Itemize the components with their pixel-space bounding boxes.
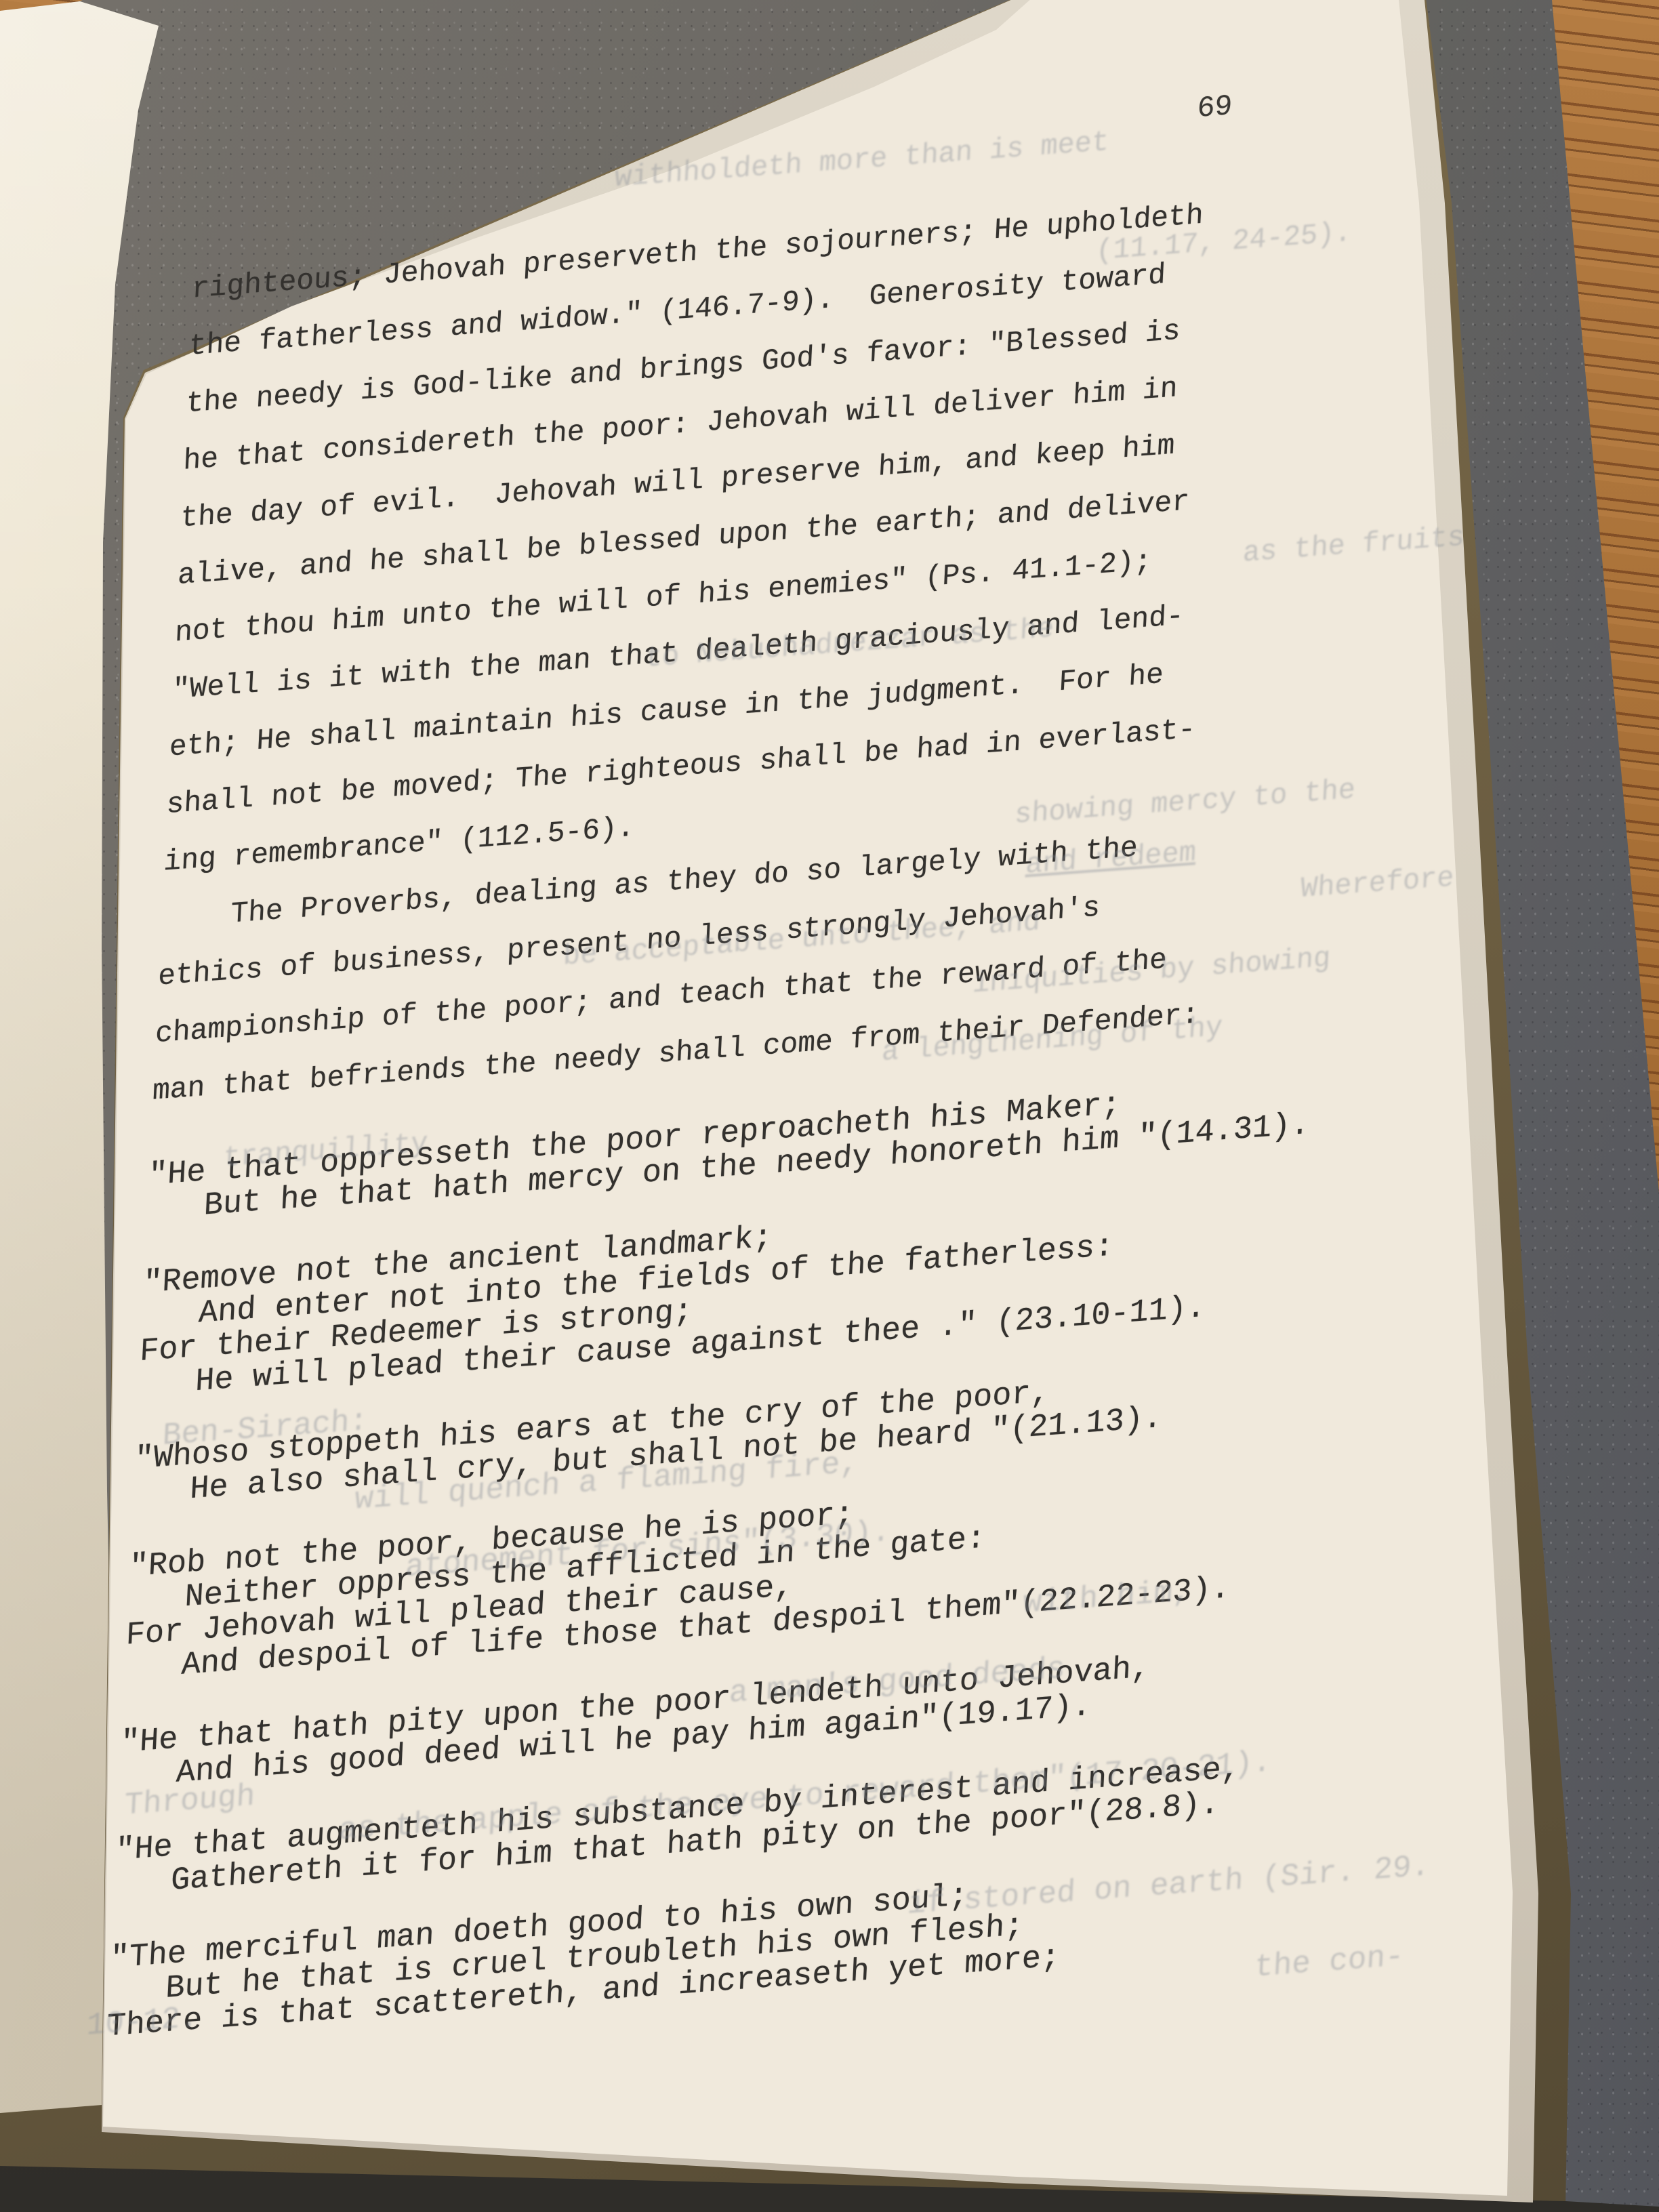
photo-of-typescript-page: 69 withholdeth more than is meet(11.17, … — [0, 0, 1659, 2212]
typed-text-layer: 69 withholdeth more than is meet(11.17, … — [106, 167, 1477, 2045]
page-number: 69 — [1197, 89, 1233, 125]
typed-body: righteous; Jehovah preserveth the sojour… — [106, 167, 1477, 2045]
